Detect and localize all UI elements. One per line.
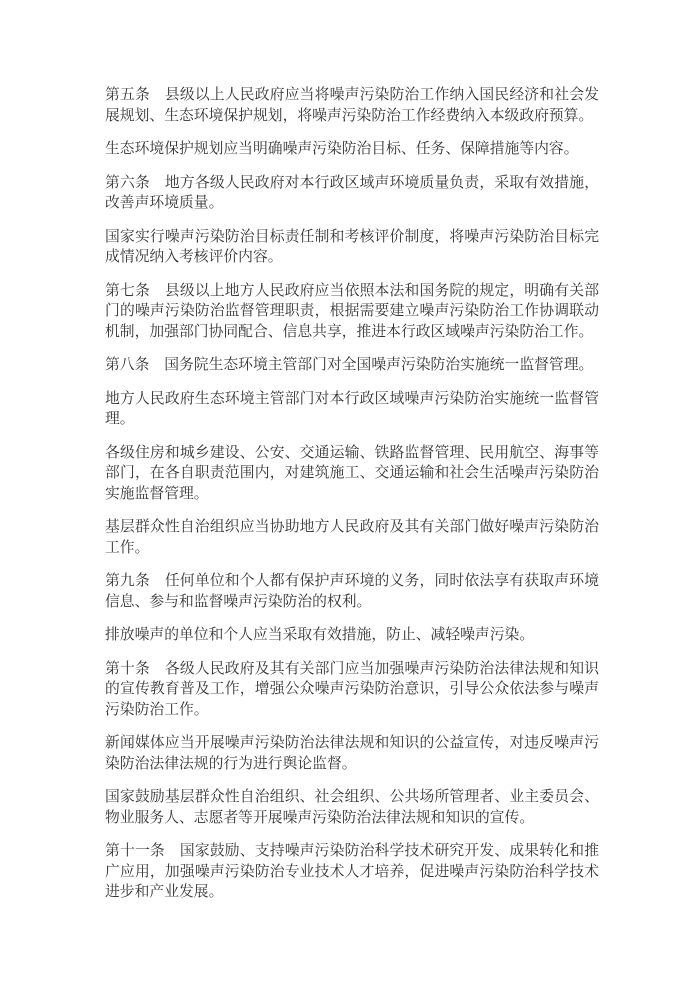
- paragraph-article-7: 第七条 县级以上地方人民政府应当依照本法和国务院的规定，明确有关部门的噪声污染防…: [105, 281, 599, 343]
- paragraph-article-6: 第六条 地方各级人民政府对本行政区域声环境质量负责，采取有效措施，改善声环境质量…: [105, 173, 599, 214]
- document-text-block: 第五条 县级以上人民政府应当将噪声污染防治工作纳入国民经济和社会发展规划、生态环…: [105, 85, 599, 916]
- paragraph-article-9: 第九条 任何单位和个人都有保护声环境的义务，同时依法享有获取声环境信息、参与和监…: [105, 571, 599, 612]
- paragraph-article-5: 第五条 县级以上人民政府应当将噪声污染防治工作纳入国民经济和社会发展规划、生态环…: [105, 85, 599, 126]
- paragraph-noise-emitters-duty: 排放噪声的单位和个人应当采取有效措施，防止、减轻噪声污染。: [105, 625, 599, 646]
- document-page: 第五条 县级以上人民政府应当将噪声污染防治工作纳入国民经济和社会发展规划、生态环…: [0, 0, 700, 990]
- paragraph-article-11: 第十一条 国家鼓励、支持噪声污染防治科学技术研究开发、成果转化和推广应用，加强噪…: [105, 841, 599, 903]
- paragraph-target-responsibility: 国家实行噪声污染防治目标责任制和考核评价制度，将噪声污染防治目标完成情况纳入考核…: [105, 227, 599, 268]
- paragraph-article-8: 第八条 国务院生态环境主管部门对全国噪声污染防治实施统一监督管理。: [105, 355, 599, 376]
- paragraph-article-10: 第十条 各级人民政府及其有关部门应当加强噪声污染防治法律法规和知识的宣传教育普及…: [105, 659, 599, 721]
- paragraph-public-promotion: 国家鼓励基层群众性自治组织、社会组织、公共场所管理者、业主委员会、物业服务人、志…: [105, 787, 599, 828]
- paragraph-sector-departments: 各级住房和城乡建设、公安、交通运输、铁路监督管理、民用航空、海事等部门，在各自职…: [105, 443, 599, 505]
- paragraph-grassroots-organizations: 基层群众性自治组织应当协助地方人民政府及其有关部门做好噪声污染防治工作。: [105, 517, 599, 558]
- paragraph-local-eco-department: 地方人民政府生态环境主管部门对本行政区域噪声污染防治实施统一监督管理。: [105, 389, 599, 430]
- paragraph-news-media: 新闻媒体应当开展噪声污染防治法律法规和知识的公益宣传，对违反噪声污染防治法律法规…: [105, 733, 599, 774]
- paragraph-eco-protection-plan: 生态环境保护规划应当明确噪声污染防治目标、任务、保障措施等内容。: [105, 139, 599, 160]
